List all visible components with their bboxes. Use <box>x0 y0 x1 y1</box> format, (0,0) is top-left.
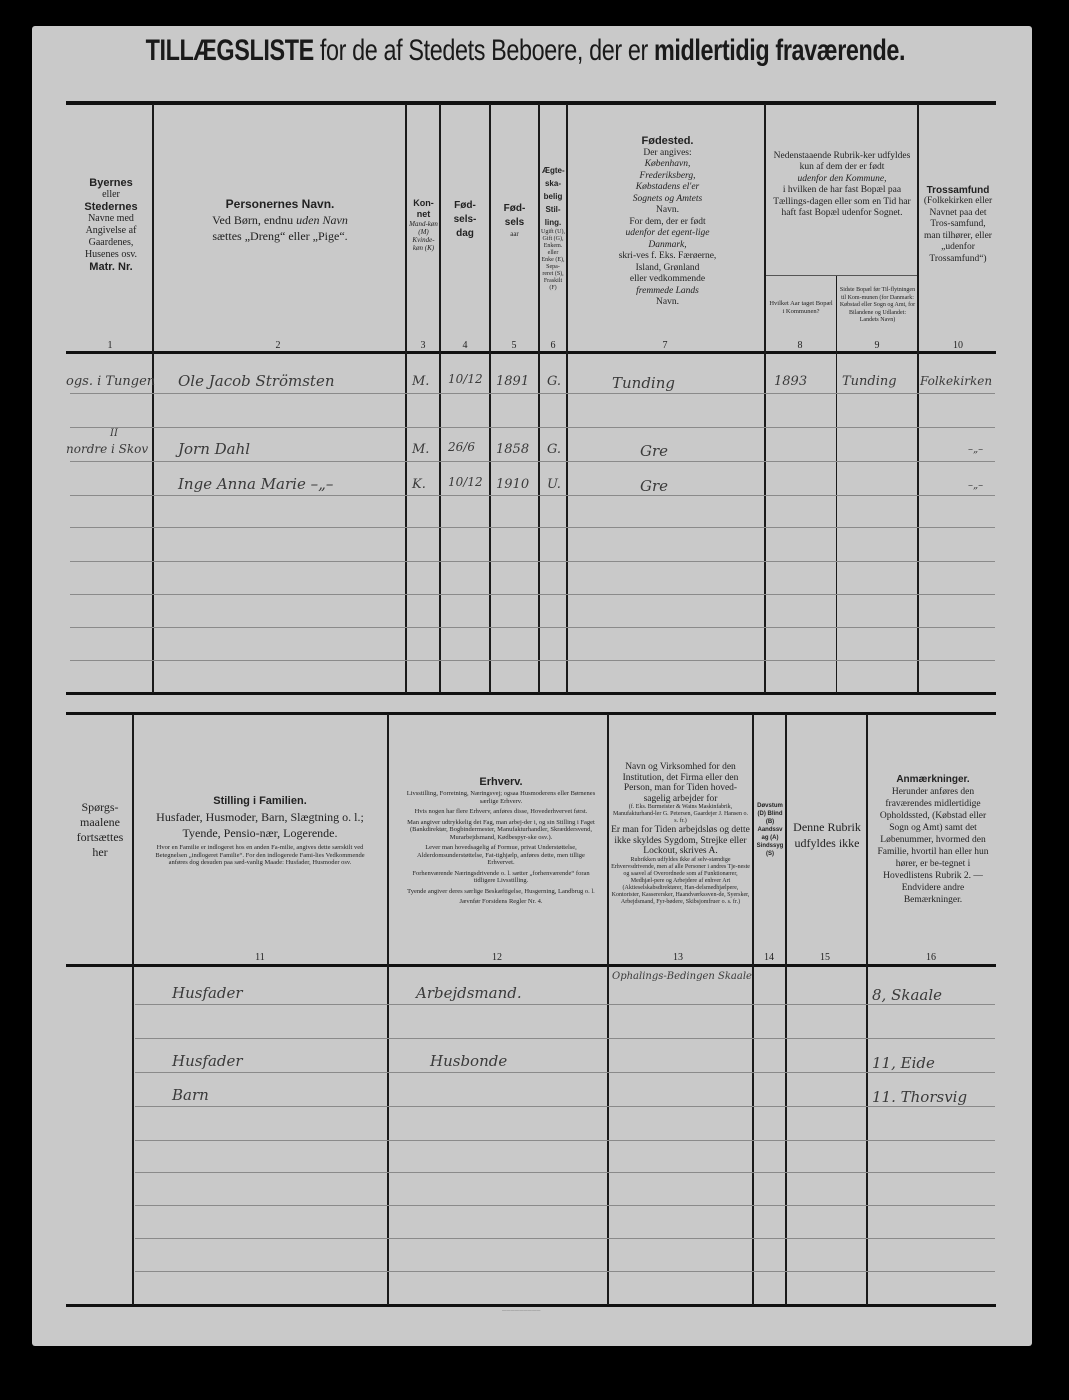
col13-small: (f. Eks. Burmeister & Wains Maskinfabrik… <box>611 804 750 825</box>
col15-text: Denne Rubrik udfyldes ikke <box>790 819 864 851</box>
col11-text: Husfader, Husmoder, Barn, Slægtning o. l… <box>150 809 370 841</box>
col1-title: Byernes <box>89 177 132 189</box>
col7-text: Navn. <box>656 297 679 309</box>
col12-paragraph: Man angiver udtrykkelig det Fag, man arb… <box>405 819 597 842</box>
header-col-11: Stilling i Familien. Husfader, Husmoder,… <box>150 770 370 890</box>
title-middle: for de af Stedets Beboere, der er <box>314 34 654 67</box>
cell-occupation: Arbejdsmand. <box>416 984 522 1002</box>
cell-place: ogs. i Tungen <box>66 374 155 389</box>
cell-remarks: 11, Eide <box>872 1054 935 1072</box>
cell-family-position: Husfader <box>172 984 243 1002</box>
header-col-8-9-shared: Nedenstaaende Rubrik-ker udfyldes kun af… <box>772 125 912 245</box>
col14-text: Døvstum (D) Blind (B) Aandssvag (A) Sind… <box>756 802 784 858</box>
form-title: TILLÆGSLISTE for de af Stedets Beboere, … <box>146 34 895 68</box>
col-divider-2 <box>405 104 407 693</box>
col-number-8: 8 <box>790 340 810 351</box>
header-col-4: Fød-sels-dag <box>441 190 489 250</box>
col10-text: (Folkekirken eller Navnet paa det Tros-s… <box>922 196 994 265</box>
col16-text: Herunder anføres den fraværendes midlert… <box>872 786 994 906</box>
col5-title: Fød-sels <box>502 202 528 230</box>
col12-paragraph: Jævnfør Forsidens Regler Nr. 4. <box>459 898 542 906</box>
col-number-10: 10 <box>948 340 968 351</box>
cell-birth-year: 1910 <box>496 477 529 492</box>
rule <box>135 1205 995 1206</box>
col13-small2: Rubrikken udfyldes ikke af selv-stændige… <box>611 857 750 906</box>
header-col-13: Navn og Virksomhed for den Institution, … <box>611 718 750 950</box>
upper-header-rule <box>66 351 996 354</box>
continued-label: Spørgs-maalene fortsættes her <box>68 790 132 870</box>
col-divider-8 <box>836 275 837 693</box>
rule <box>135 1140 995 1141</box>
col-number-7: 7 <box>655 340 675 351</box>
cell-marital: U. <box>547 477 561 492</box>
header-col-9: Sidste Bopæl før Til-flytningen til Kom-… <box>839 278 916 334</box>
col-number-14: 14 <box>759 952 779 963</box>
cell-sex: M. <box>412 442 429 457</box>
cell-remarks: 11. Thorsvig <box>872 1088 967 1106</box>
rule <box>70 527 995 528</box>
col2-text: Ved Børn, endnu uden Navn <box>212 212 348 228</box>
cell-employer: Ophalings-Bedingen Skaale <box>612 970 752 983</box>
lower-col-divider-5 <box>785 714 787 1305</box>
cell-religion: –„– <box>968 444 983 455</box>
header-col-5: Fød-sels aar <box>491 190 538 250</box>
col1-title2: Stedernes <box>84 201 137 213</box>
col10-title: Trossamfund <box>927 185 990 197</box>
header-col-6: Ægte-ska-belig Stil-ling. Ugift (U), Gif… <box>540 135 566 320</box>
col9-text: Sidste Bopæl før Til-flytningen til Kom-… <box>839 287 916 325</box>
col7-italic: Frederiksberg, <box>639 171 695 183</box>
cell-sex: K. <box>412 477 426 492</box>
cell-marital: G. <box>547 374 561 389</box>
rule <box>135 1271 995 1272</box>
rule <box>135 1172 995 1173</box>
header-col-15: Denne Rubrik udfyldes ikke <box>790 790 864 880</box>
col16-title: Anmærkninger. <box>896 774 969 786</box>
col2-text-b: sættes „Dreng“ eller „Pige“. <box>212 228 347 244</box>
col-number-15: 15 <box>815 952 835 963</box>
rule <box>70 393 995 394</box>
col-number-12: 12 <box>487 952 507 963</box>
cell-name: Jorn Dahl <box>178 440 250 458</box>
col7-text: Navn. <box>656 205 679 217</box>
col1-text: eller <box>102 189 120 201</box>
col7-italic: udenfor det egent-lige Danmark, <box>613 228 723 251</box>
rule <box>70 561 995 562</box>
rule <box>135 1072 995 1073</box>
rule <box>70 594 995 595</box>
col7-text: Island, Grønland <box>636 263 700 275</box>
header-col-1: Byernes eller Stedernes Navne med Angive… <box>70 150 152 300</box>
header-col-10: Trossamfund (Folkekirken eller Navnet pa… <box>922 170 994 280</box>
cell-birthday: 10/12 <box>448 372 483 386</box>
col13-text2: Er man for Tiden arbejdsløs og dette ikk… <box>611 825 750 857</box>
col2-title: Personernes Navn. <box>226 196 335 212</box>
header-col-3: Kon-net Mand-køn (M) Kvinde-køn (K) <box>408 180 439 270</box>
col7-text: Der angives: <box>643 148 691 160</box>
lower-col-divider-3 <box>607 714 609 1305</box>
upper-top-rule <box>66 101 996 105</box>
col3-title: Kon-net <box>408 198 439 220</box>
header-col-2: Personernes Navn. Ved Børn, endnu uden N… <box>160 180 400 260</box>
cell-birth-year: 1858 <box>496 442 529 457</box>
col1-title3: Matr. Nr. <box>89 261 132 273</box>
cell-occupation: Husbonde <box>430 1052 507 1070</box>
col-divider-6 <box>566 104 568 693</box>
col-number-13: 13 <box>668 952 688 963</box>
rule <box>135 1004 995 1005</box>
header-col-7: Fødested. Der angives: København, Freder… <box>585 120 750 325</box>
lower-col-divider-4 <box>752 714 754 1305</box>
lower-col-divider-2 <box>387 714 389 1305</box>
col7-text: For dem, der er født <box>629 217 705 229</box>
col7-italic: fremmede Lands <box>636 286 699 298</box>
cell-birthplace: Tunding <box>612 374 675 392</box>
lower-col-divider-1 <box>132 714 134 1305</box>
cell-previous-residence: Tunding <box>842 374 897 389</box>
col2-text-italic: uden Navn <box>296 213 348 227</box>
lower-header-rule <box>66 964 996 967</box>
col89-italic: udenfor den Kommune, <box>798 174 887 186</box>
col7-italic: Sognets og Amtets <box>633 194 703 206</box>
cell-name: Inge Anna Marie –„– <box>178 475 333 493</box>
col7-italic: Købstadens el'er <box>636 182 700 194</box>
rule <box>70 627 995 628</box>
cell-religion: Folkekirken <box>920 374 992 388</box>
title-bold-end: midlertidig fraværende. <box>654 34 905 67</box>
col89-text2: i hvilken de har fast Bopæl paa Tællings… <box>772 185 912 220</box>
col1-text: Gaardenes, <box>89 237 134 249</box>
col-number-1: 1 <box>100 340 120 351</box>
col12-paragraph: Lever man hovedsagelig af Formue, privat… <box>405 844 597 867</box>
col12-paragraph: Hvis nogen har flere Erhverv, anføres di… <box>415 808 588 816</box>
upper-bottom-rule <box>66 692 996 695</box>
col13-text: Navn og Virksomhed for den Institution, … <box>611 762 750 804</box>
col11-title: Stilling i Familien. <box>213 793 307 809</box>
col1-text: Husenes osv. <box>85 249 137 261</box>
col12-paragraph: Tyende angiver deres særlige Beskæftigel… <box>407 888 595 896</box>
col7-text: skri-ves f. Eks. Færøerne, <box>619 251 717 263</box>
col6-small: Ugift (U), Gift (G), Enkem. eller Enke (… <box>541 229 565 292</box>
continued-label-text: Spørgs-maalene fortsættes her <box>68 800 132 860</box>
col-number-3: 3 <box>413 340 433 351</box>
rule <box>70 427 995 428</box>
col-divider-7 <box>764 104 766 693</box>
col12-title: Erhverv. <box>479 774 522 790</box>
col-number-5: 5 <box>504 340 524 351</box>
col1-text: Navne med <box>88 213 134 225</box>
cell-marital: G. <box>547 442 561 457</box>
cell-year-moved: 1893 <box>774 374 807 389</box>
col11-small: Hvor en Familie er indlogeret hos en and… <box>150 844 370 867</box>
rule <box>70 495 995 496</box>
col-number-6: 6 <box>543 340 563 351</box>
lower-top-rule <box>66 712 996 715</box>
cell-birthday: 10/12 <box>448 475 483 489</box>
col7-italic: København, <box>645 159 691 171</box>
cell-birthday: 26/6 <box>448 440 475 454</box>
col1-text: Angivelse af <box>86 225 137 237</box>
title-bold-start: TILLÆGSLISTE <box>146 34 314 67</box>
rule <box>135 1038 995 1039</box>
cell-religion: –„– <box>968 480 983 491</box>
header-col-16: Anmærkninger. Herunder anføres den fravæ… <box>872 760 994 920</box>
cell-remarks: 8, Skaale <box>872 986 942 1004</box>
col-divider-1 <box>152 104 154 693</box>
cell-family-position: Husfader <box>172 1052 243 1070</box>
col7-title: Fødested. <box>642 136 694 148</box>
col89-subdivider <box>766 275 917 276</box>
header-col-8: Hvilket Aar taget Bopæl i Kommunen? <box>768 285 834 330</box>
col-number-9: 9 <box>867 340 887 351</box>
cell-place-note: II <box>110 428 118 439</box>
col5-small: aar <box>510 230 519 238</box>
cell-family-position: Barn <box>172 1086 209 1104</box>
rule <box>135 1106 995 1107</box>
col-divider-9 <box>917 104 919 693</box>
col12-paragraph: Livsstilling, Forretning, Næringsvej; og… <box>405 790 597 805</box>
cell-place: nordre i Skov <box>66 442 148 456</box>
col-number-11: 11 <box>250 952 270 963</box>
cell-birthplace: Gre <box>640 442 668 460</box>
col-number-16: 16 <box>921 952 941 963</box>
header-col-12: Erhverv. Livsstilling, Forretning, Nærin… <box>405 745 597 935</box>
rule <box>70 660 995 661</box>
cell-birth-year: 1891 <box>496 374 529 389</box>
col89-text: Nedenstaaende Rubrik-ker udfyldes kun af… <box>772 151 912 174</box>
col4-title: Fød-sels-dag <box>451 199 479 241</box>
header-col-14: Døvstum (D) Blind (B) Aandssvag (A) Sind… <box>755 720 785 940</box>
col8-text: Hvilket Aar taget Bopæl i Kommunen? <box>768 300 834 316</box>
rule <box>70 461 995 462</box>
rule <box>135 1238 995 1239</box>
col-number-2: 2 <box>268 340 288 351</box>
col7-text: eller vedkommende <box>630 274 705 286</box>
col-number-4: 4 <box>455 340 475 351</box>
col12-paragraph: Forhenværende Næringsdrivende o. l. sætt… <box>405 870 597 885</box>
printer-imprint: ————————— <box>502 1307 541 1312</box>
col3-small: Mand-køn (M) Kvinde-køn (K) <box>408 220 439 252</box>
col6-title: Ægte-ska-belig Stil-ling. <box>542 164 564 229</box>
cell-birthplace: Gre <box>640 477 668 495</box>
col2-text-a: Ved Børn, endnu <box>212 213 293 227</box>
cell-sex: M. <box>412 374 429 389</box>
lower-col-divider-6 <box>866 714 868 1305</box>
cell-name: Ole Jacob Strömsten <box>178 372 335 390</box>
